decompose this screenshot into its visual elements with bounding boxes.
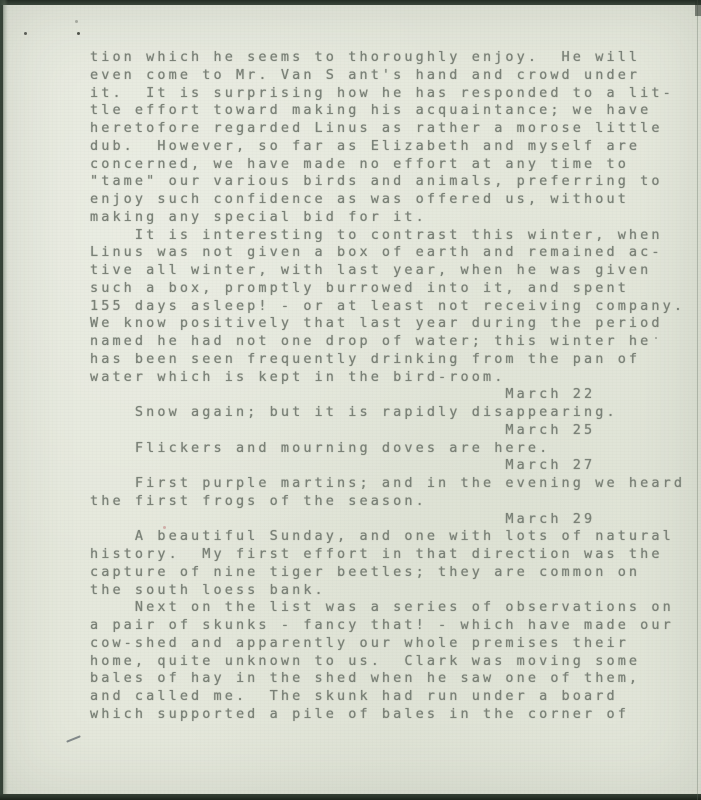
text-line: It is interesting to contrast this winte… (90, 227, 690, 245)
text-line: A beautiful Sunday, and one with lots of… (90, 528, 690, 546)
text-line: March 29 (90, 511, 690, 529)
text-line: dub. However, so far as Elizabeth and my… (90, 138, 690, 156)
text-line: concerned, we have made no effort at any… (90, 156, 690, 174)
ink-speck (24, 32, 27, 35)
text-line: home, quite unknown to us. Clark was mov… (90, 653, 690, 671)
text-line: "tame" our various birds and animals, pr… (90, 173, 690, 191)
text-line: tle effort toward making his acquaintanc… (90, 102, 690, 120)
text-line: history. My first effort in that directi… (90, 546, 690, 564)
scan-edge-bottom (0, 794, 701, 800)
text-line: Flickers and mourning doves are here. (90, 440, 690, 458)
text-line: capture of nine tiger beetles; they are … (90, 564, 690, 582)
scan-edge-top (0, 0, 701, 5)
scanned-page: tion which he seems to thoroughly enjoy.… (0, 0, 701, 800)
text-line: named he had not one drop of water; this… (90, 333, 690, 351)
text-line: and called me. The skunk had run under a… (90, 688, 690, 706)
text-line: a pair of skunks - fancy that! - which h… (90, 617, 690, 635)
text-line: March 22 (90, 386, 690, 404)
text-line: which supported a pile of bales in the c… (90, 706, 690, 724)
text-line: the south loess bank. (90, 582, 690, 600)
text-line: water which is kept in the bird-room. (90, 369, 690, 387)
text-line: cow-shed and apparently our whole premis… (90, 635, 690, 653)
page-crease-line (697, 0, 698, 800)
scan-edge-left (0, 0, 8, 800)
scan-corner-top-right (695, 0, 701, 16)
text-line: tion which he seems to thoroughly enjoy.… (90, 49, 690, 67)
ink-speck (77, 32, 80, 35)
text-line: the first frogs of the season. (90, 493, 690, 511)
text-line: bales of hay in the shed when he saw one… (90, 670, 690, 688)
text-line: First purple martins; and in the evening… (90, 475, 690, 493)
text-line: 155 days asleep! - or at least not recei… (90, 298, 690, 316)
text-line: Next on the list was a series of observa… (90, 599, 690, 617)
text-line: enjoy such confidence as was offered us,… (90, 191, 690, 209)
ink-speck (75, 20, 78, 23)
text-line: making any special bid for it. (90, 209, 690, 227)
text-line: tive all winter, with last year, when he… (90, 262, 690, 280)
typewritten-text: tion which he seems to thoroughly enjoy.… (90, 49, 690, 724)
text-line: March 25 (90, 422, 690, 440)
text-line: it. It is surprising how he has responde… (90, 85, 690, 103)
text-line: Linus was not given a box of earth and r… (90, 244, 690, 262)
text-line: Snow again; but it is rapidly disappeari… (90, 404, 690, 422)
text-line: such a box, promptly burrowed into it, a… (90, 280, 690, 298)
text-line: even come to Mr. Van S ant's hand and cr… (90, 67, 690, 85)
text-line: March 27 (90, 457, 690, 475)
text-line: We know positively that last year during… (90, 315, 690, 333)
text-line: heretofore regarded Linus as rather a mo… (90, 120, 690, 138)
text-line: has been seen frequently drinking from t… (90, 351, 690, 369)
